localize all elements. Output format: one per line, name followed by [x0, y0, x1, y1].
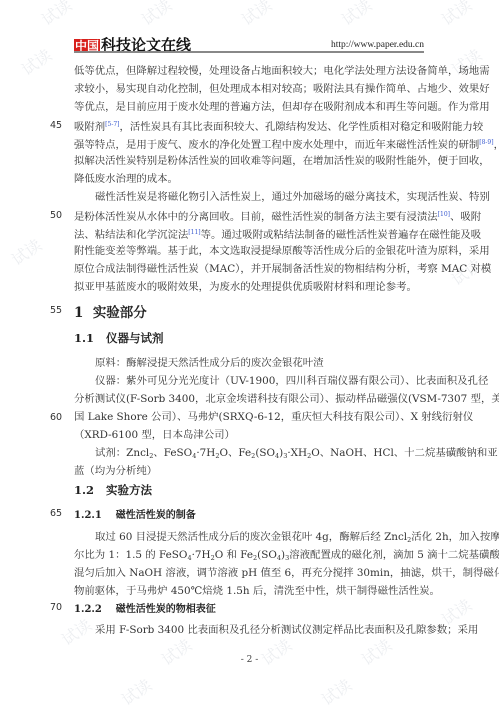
subsubsection-title: 磁性活性炭的物相表征	[116, 604, 216, 615]
page-number: - 2 -	[0, 655, 499, 665]
body-line: 试剂：Zncl2、FeSO4·7H2O、Fe2(SO4)3·XH2O、NaOH、…	[95, 446, 445, 463]
line-number: 55	[50, 305, 62, 316]
text: O、NaOH、HCl、十二烷基磺酸钠和亚甲基	[311, 447, 499, 459]
text: 是粉体活性炭从水体中的分离回收。目前，磁性活性炭的制备方法主要有浸渍法	[74, 211, 438, 223]
text: 吸附剂	[74, 121, 105, 133]
body-line: 吸附剂[5-7]，活性炭具有其比表面积较大、孔隙结构发达、化学性质相对稳定和吸附…	[74, 118, 424, 134]
text: O、Fe	[219, 447, 251, 459]
line-number: 60	[50, 412, 62, 423]
text: 强等特点，是用于废气、废水的净化处置工程中废水处理中，而近年来磁性活性炭的研制	[74, 139, 479, 151]
body-line: 采用 F-Sorb 3400 比表面积及孔径分析测试仪测定样品比表面积及孔隙参数…	[95, 623, 445, 637]
subsection-number: 1.1	[74, 331, 94, 345]
body-line: 强等特点，是用于废气、废水的净化处置工程中废水处理中，而近年来磁性活性炭的研制[…	[74, 136, 424, 152]
line-number: 70	[50, 602, 62, 613]
text: ·7H	[192, 549, 211, 561]
text: 溶液配置成的磁化剂，滴加 5 滴十二烷基磺酸钠	[289, 549, 499, 561]
text: 取过 60 目浸提天然活性成分后的废次金银花叶 4g，酶解后经 Zncl	[95, 531, 407, 543]
body-line: 混匀后加入 NaOH 溶液，调节溶液 pH 值至 6，再充分搅拌 30min，抽…	[74, 566, 424, 580]
watermark: 试读	[336, 0, 375, 30]
line-number: 65	[50, 508, 62, 519]
body-line: 原料：酶解浸提天然活性成分后的废次金银花叶渣	[95, 356, 445, 370]
body-line: 求较小，易实现自动化控制，但处理成本相对较高；吸附法具有操作简单、占地少、效果好	[74, 82, 424, 96]
body-line: 原位合成法制得磁性活性炭（MAC），并开展制备活性炭的物相结构分析，考察 MAC…	[74, 262, 424, 276]
subsubsection-title: 磁性活性炭的制备	[116, 510, 196, 521]
text: 试剂：Zncl	[95, 447, 149, 459]
subsection-heading: 1.1 仪器与试剂	[74, 330, 164, 346]
header-divider	[74, 51, 424, 53]
body-line: 国 Lake Shore 公司）、马弗炉(SRXQ-6-12，重庆恒大科技有限公…	[74, 410, 424, 424]
text: (SO	[255, 447, 275, 459]
body-line: （XRD-6100 型，日本岛津公司）	[74, 428, 424, 442]
text: 、吸附	[450, 211, 481, 223]
body-line: 降低废水治理的成本。	[74, 172, 424, 186]
body-line: 法、粘结法和化学沉淀法[11]等。通过吸附或粘结法制备的磁性活性炭普遍存在磁性能…	[74, 226, 424, 242]
body-line: 磁性活性炭是将磁化物引入活性炭上，通过外加磁场的磁分离技术，实现活性炭、特别	[95, 190, 445, 204]
body-line: 取过 60 目浸提天然活性成分后的废次金银花叶 4g，酶解后经 Zncl2活化 …	[95, 530, 445, 547]
watermark: 试读	[236, 0, 275, 30]
text: ，活性炭具有其比表面积较大、孔隙结构发达、化学性质相对稳定和吸附能力较	[120, 121, 484, 133]
text: 、FeSO	[153, 447, 192, 459]
watermark: 试读	[116, 673, 155, 706]
body-line: 尔比为 1：1.5 的 FeSO4·7H2O 和 Fe2(SO4)3溶液配置成的…	[74, 548, 424, 565]
body-line: 拟解决活性炭特别是粉体活性炭的回收难等问题，在增加活性炭的吸附性能外，便于回收，	[74, 154, 424, 168]
citation-link[interactable]: [5-7]	[105, 121, 119, 128]
subsection-title: 实验方法	[106, 483, 152, 497]
body-line: 分析测试仪(F-Sorb 3400，北京金埃谱科技有限公司）、振动样品磁强仪(V…	[74, 392, 424, 406]
text: 等。通过吸附或粘结法制备的磁性活性炭普遍存在磁性能及吸	[201, 229, 482, 241]
line-number: 50	[50, 210, 62, 221]
text: ，	[494, 139, 499, 151]
subsubsection-heading: 1.2.2 磁性活性炭的物相表征	[74, 600, 216, 615]
section-heading: 1 实验部分	[74, 301, 147, 321]
body-line: 等优点，是目前应用于废水处理的普遍方法，但却存在吸附剂成本和再生等问题。作为常用	[74, 100, 424, 114]
body-line: 附性能变差等弊端。基于此，本文选取浸提绿原酸等活性成分后的金银花叶渣为原料，采用	[74, 244, 424, 258]
site-url[interactable]: http://www.paper.edu.cn	[331, 40, 424, 50]
watermark: 试读	[16, 43, 55, 80]
subsection-number: 1.2	[74, 483, 94, 497]
subsection-heading: 1.2 实验方法	[74, 482, 152, 498]
text: ·XH	[287, 447, 307, 459]
watermark: 试读	[436, 0, 475, 30]
body-line: 低等优点，但降解过程较慢，处理设备占地面积较大；电化学法处理方法设备简单，场地需	[74, 64, 424, 78]
citation-link[interactable]: [10]	[438, 211, 450, 218]
text: ·7H	[196, 447, 215, 459]
text: O 和 Fe	[215, 549, 253, 561]
line-number: 45	[50, 120, 62, 131]
subsection-title: 仪器与试剂	[106, 331, 164, 345]
body-line: 蓝（均为分析纯）	[74, 464, 424, 478]
subsubsection-number: 1.2.1	[74, 510, 102, 521]
citation-link[interactable]: [11]	[188, 229, 200, 236]
text: 尔比为 1：1.5 的 FeSO	[74, 549, 187, 561]
body-line: 物前驱体，于马弗炉 450℃焙烧 1.5h 后，清洗至中性，烘干制得磁性活性炭。	[74, 584, 424, 598]
subsubsection-number: 1.2.2	[74, 604, 102, 615]
body-line: 是粉体活性炭从水体中的分离回收。目前，磁性活性炭的制备方法主要有浸渍法[10]、…	[74, 208, 424, 224]
text: (SO	[257, 549, 277, 561]
body-line: 拟亚甲基蓝废水的吸附效果，为废水的处理提供优质吸附材料和理论参考。	[74, 280, 424, 294]
watermark: 试读	[136, 0, 175, 30]
section-title: 实验部分	[93, 305, 147, 321]
watermark: 试读	[6, 233, 45, 270]
text: 法、粘结法和化学沉淀法	[74, 229, 188, 241]
body-line: 仪器：紫外可见分光光度计（UV-1900，四川科百瑞仪器有限公司）、比表面积及孔…	[95, 374, 445, 388]
watermark: 试读	[56, 613, 95, 650]
watermark: 试读	[36, 0, 75, 30]
citation-link[interactable]: [8-9]	[479, 139, 493, 146]
subsubsection-heading: 1.2.1 磁性活性炭的制备	[74, 506, 196, 521]
section-number: 1	[74, 305, 83, 321]
text: 活化 2h，加入按摩	[411, 531, 499, 543]
watermark: 试读	[316, 673, 355, 706]
